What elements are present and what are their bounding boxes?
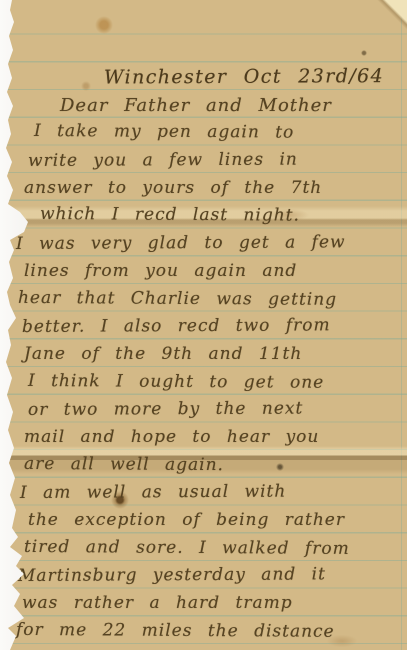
- letter-line: I think I ought to get one: [0, 367, 407, 397]
- letter-line: the exception of being rather: [0, 507, 407, 535]
- letter-line: mail and hope to hear you: [0, 424, 407, 452]
- letter-line: lines from you again and: [0, 258, 407, 286]
- letter-line: I am well as usual with: [0, 478, 407, 508]
- letter-line: Martinsburg yesterday and it: [0, 561, 407, 591]
- letter-line: I was very glad to get a few: [0, 229, 407, 259]
- letter-line: hear that Charlie was getting: [0, 284, 407, 314]
- letter-page: Winchester Oct 23rd/64 Dear Father and M…: [0, 0, 407, 650]
- letter-line: write you a few lines in: [0, 146, 407, 176]
- letter-line: better. I also recd two from: [0, 312, 407, 342]
- corner-fold: [377, 0, 407, 30]
- letter-line: was rather a hard tramp: [0, 590, 407, 618]
- letter-line: or two more by the next: [0, 395, 407, 425]
- letter-dateline: Winchester Oct 23rd/64: [0, 63, 407, 93]
- letter-line: tired and sore. I walked from: [0, 533, 407, 563]
- letter-text: Winchester Oct 23rd/64 Dear Father and M…: [0, 64, 407, 645]
- letter-salutation: Dear Father and Mother: [0, 92, 407, 120]
- letter-line: answer to yours of the 7th: [0, 175, 407, 203]
- letter-line: which I recd last night.: [0, 201, 407, 231]
- letter-line: for me 22 miles the distance: [0, 617, 407, 647]
- letter-line: I take my pen again to: [0, 118, 407, 148]
- scanned-letter: Winchester Oct 23rd/64 Dear Father and M…: [0, 0, 407, 650]
- letter-line: are all well again.: [0, 450, 407, 480]
- letter-line: Jane of the 9th and 11th: [0, 341, 407, 369]
